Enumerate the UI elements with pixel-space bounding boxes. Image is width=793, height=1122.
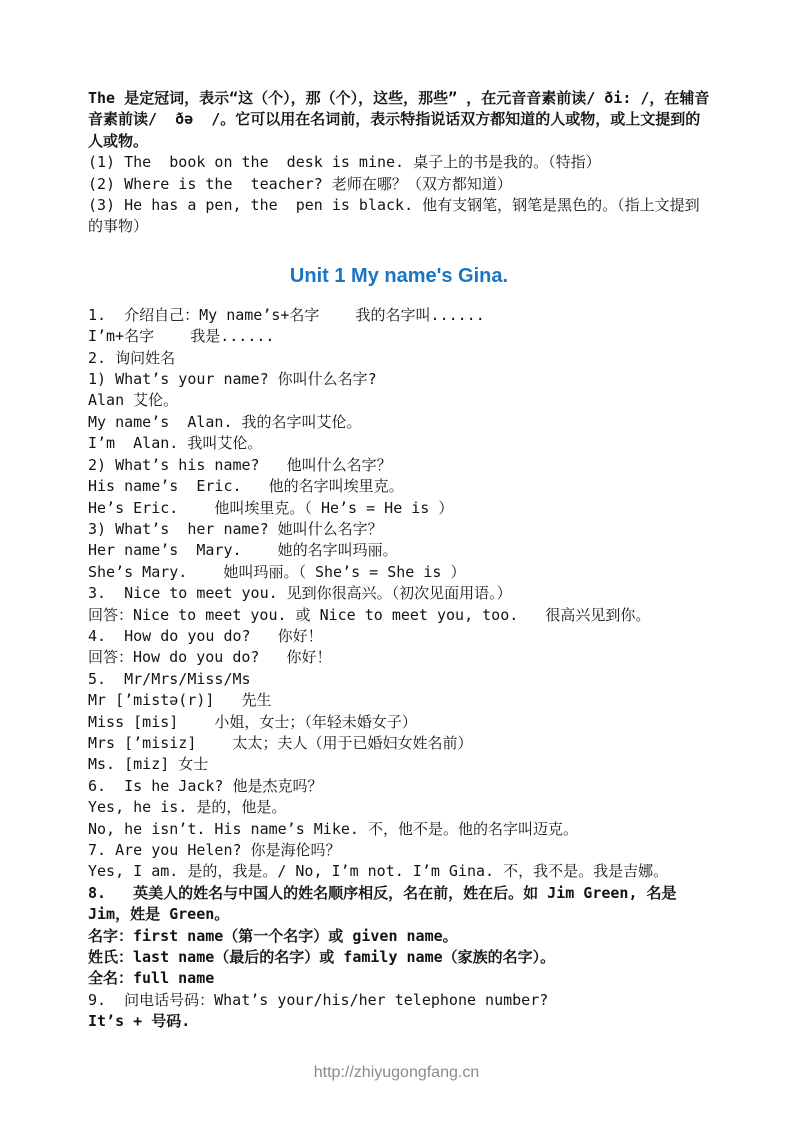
note-line: 7. Are you Helen? 你是海伦吗？ <box>88 840 710 861</box>
note-line: He’s Eric. 他叫埃里克。（ He’s = He is ） <box>88 498 710 519</box>
note-line: 回答：Nice to meet you. 或 Nice to meet you,… <box>88 605 710 626</box>
note-line: 2) What’s his name? 他叫什么名字？ <box>88 455 710 476</box>
article-example-line: (2) Where is the teacher? 老师在哪？（双方都知道） <box>88 174 710 195</box>
note-line: 全名：full name <box>88 968 710 989</box>
note-line: 3) What’s her name? 她叫什么名字？ <box>88 519 710 540</box>
note-line: Mr [’mistə(r)] 先生 <box>88 690 710 711</box>
article-example-line: (1) The book on the desk is mine. 桌子上的书是… <box>88 152 710 173</box>
unit-title: Unit 1 My name's Gina. <box>88 264 710 288</box>
note-line: She’s Mary. 她叫玛丽。（ She’s = She is ） <box>88 562 710 583</box>
note-line: Mrs [’misiz] 太太；夫人（用于已婚妇女姓名前） <box>88 733 710 754</box>
note-line: 姓氏：last name（最后的名字）或 family name（家族的名字）。 <box>88 947 710 968</box>
note-line: Ms. [miz] 女士 <box>88 754 710 775</box>
note-line: I’m Alan. 我叫艾伦。 <box>88 433 710 454</box>
note-line: 名字：first name（第一个名字）或 given name。 <box>88 926 710 947</box>
definite-article-intro-paragraph: The 是定冠词，表示“这（个），那（个），这些，那些” ，在元音音素前读/ ð… <box>88 88 710 152</box>
note-line: 4. How do you do? 你好！ <box>88 626 710 647</box>
note-line: 3. Nice to meet you. 见到你很高兴。（初次见面用语。） <box>88 583 710 604</box>
note-line: 8. 英美人的姓名与中国人的姓名顺序相反，名在前，姓在后。如 Jim Green… <box>88 883 710 926</box>
note-line: His name’s Eric. 他的名字叫埃里克。 <box>88 476 710 497</box>
article-example-line: (3) He has a pen, the pen is black. 他有支钢… <box>88 195 710 238</box>
note-line: Yes, I am. 是的，我是。/ No, I’m not. I’m Gina… <box>88 861 710 882</box>
note-line: 5. Mr/Mrs/Miss/Ms <box>88 669 710 690</box>
article-examples-list: (1) The book on the desk is mine. 桌子上的书是… <box>88 152 710 238</box>
footer-url: http://zhiyugongfang.cn <box>0 1062 793 1084</box>
note-line: Yes, he is. 是的，他是。 <box>88 797 710 818</box>
note-line: 6. Is he Jack? 他是杰克吗？ <box>88 776 710 797</box>
note-line: 回答：How do you do? 你好！ <box>88 647 710 668</box>
note-line: 2. 询问姓名 <box>88 348 710 369</box>
note-line: 1) What’s your name? 你叫什么名字? <box>88 369 710 390</box>
note-line: Her name’s Mary. 她的名字叫玛丽。 <box>88 540 710 561</box>
note-line: I’m+名字 我是...... <box>88 326 710 347</box>
note-line: 9. 问电话号码：What’s your/his/her telephone n… <box>88 990 710 1011</box>
note-line: No, he isn’t. His name’s Mike. 不，他不是。他的名… <box>88 819 710 840</box>
note-line: Alan 艾伦。 <box>88 390 710 411</box>
notes-content: The 是定冠词，表示“这（个），那（个），这些，那些” ，在元音音素前读/ ð… <box>88 88 710 1033</box>
unit-notes-list: 1. 介绍自己：My name’s+名字 我的名字叫......I’m+名字 我… <box>88 305 710 1033</box>
note-line: Miss [mis] 小姐，女士；（年轻未婚女子） <box>88 712 710 733</box>
note-line: It’s + 号码. <box>88 1011 710 1032</box>
note-line: My name’s Alan. 我的名字叫艾伦。 <box>88 412 710 433</box>
note-line: 1. 介绍自己：My name’s+名字 我的名字叫...... <box>88 305 710 326</box>
